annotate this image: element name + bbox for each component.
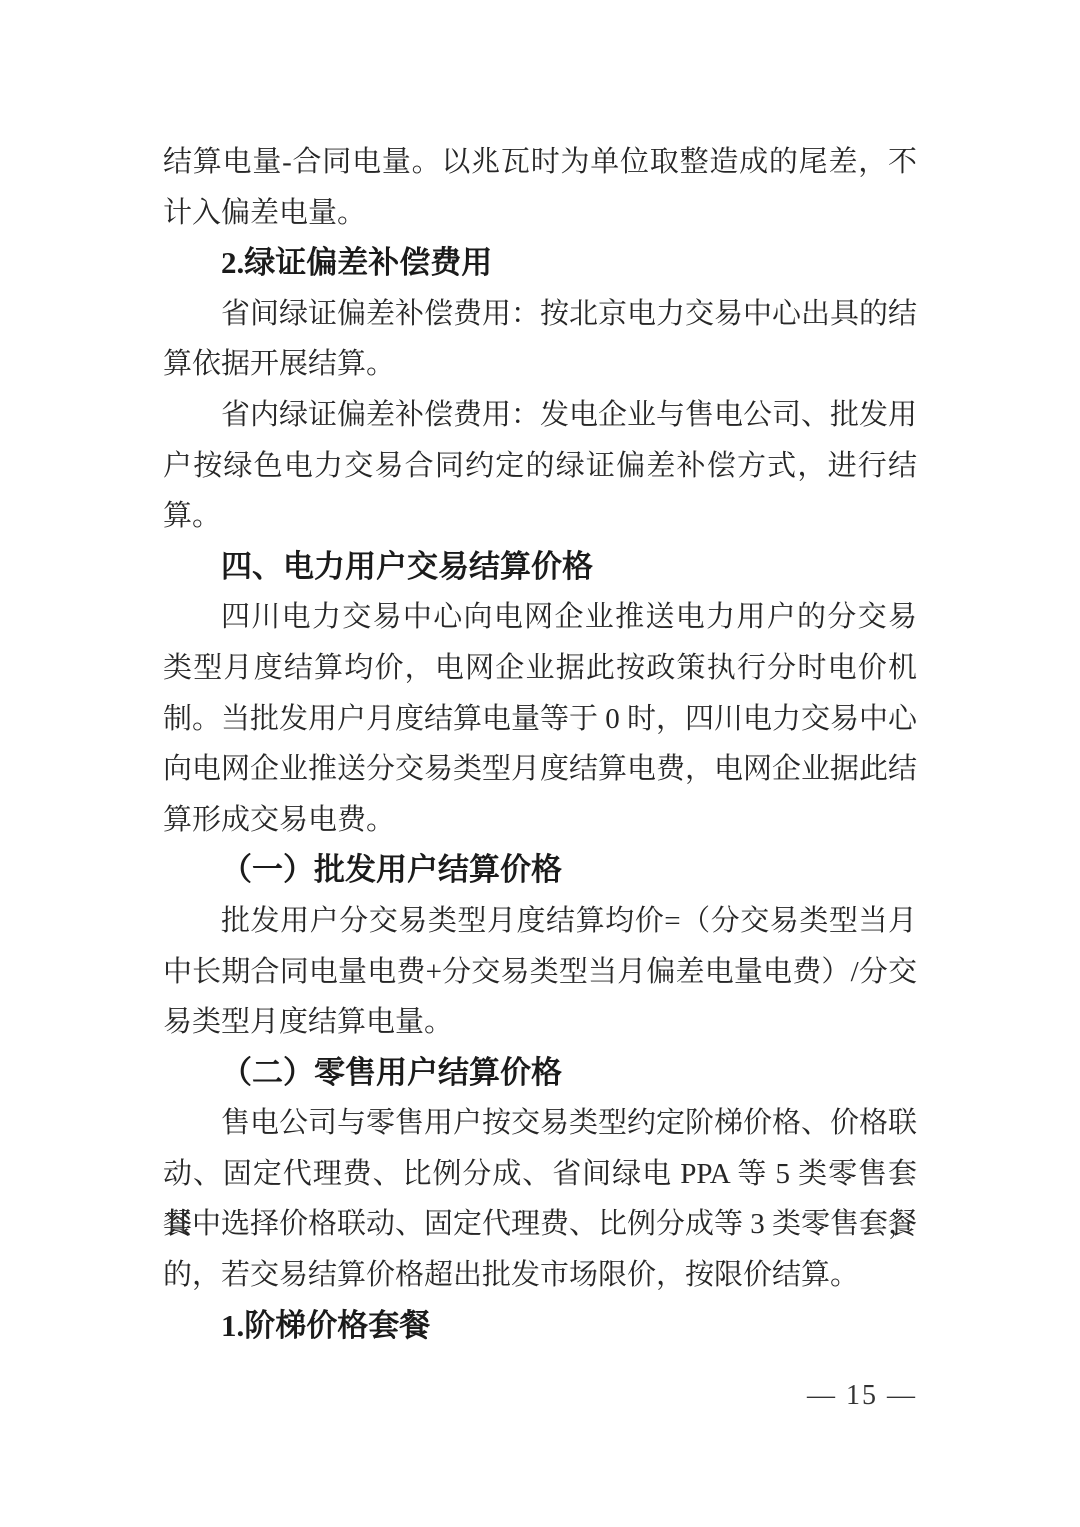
section-heading-green-cert-fee: 2.绿证偏差补偿费用 (163, 238, 917, 289)
text-line: 动、固定代理费、比例分成、省间绿电 PPA 等 5 类零售套餐， (163, 1149, 917, 1200)
text-line: 算。 (163, 491, 917, 542)
section-heading-retail-price: （二）零售用户结算价格 (163, 1048, 917, 1099)
text-line: 其中选择价格联动、固定代理费、比例分成等 3 类零售套餐 (163, 1199, 917, 1250)
text-line: 向电网企业推送分交易类型月度结算电费，电网企业据此结 (163, 744, 917, 795)
document-page: 结算电量-合同电量。以兆瓦时为单位取整造成的尾差，不 计入偏差电量。 2.绿证偏… (0, 0, 1080, 1527)
text-line: 类型月度结算均价，电网企业据此按政策执行分时电价机 (163, 643, 917, 694)
text-line: 省间绿证偏差补偿费用：按北京电力交易中心出具的结 (163, 289, 917, 340)
document-body: 结算电量-合同电量。以兆瓦时为单位取整造成的尾差，不 计入偏差电量。 2.绿证偏… (163, 137, 917, 1351)
page-number: — 15 — (807, 1378, 917, 1414)
text-line: 易类型月度结算电量。 (163, 997, 917, 1048)
text-line: 四川电力交易中心向电网企业推送电力用户的分交易 (163, 592, 917, 643)
section-heading-wholesale-price: （一）批发用户结算价格 (163, 845, 917, 896)
text-line: 结算电量-合同电量。以兆瓦时为单位取整造成的尾差，不 (163, 137, 917, 188)
text-line: 批发用户分交易类型月度结算均价=（分交易类型当月 (163, 896, 917, 947)
text-line: 省内绿证偏差补偿费用：发电企业与售电公司、批发用 (163, 390, 917, 441)
section-heading-tiered-price-package: 1.阶梯价格套餐 (163, 1301, 917, 1352)
text-line: 算形成交易电费。 (163, 795, 917, 846)
text-line: 户按绿色电力交易合同约定的绿证偏差补偿方式，进行结 (163, 441, 917, 492)
text-line: 计入偏差电量。 (163, 188, 917, 239)
text-line: 售电公司与零售用户按交易类型约定阶梯价格、价格联 (163, 1098, 917, 1149)
text-line: 制。当批发用户月度结算电量等于 0 时，四川电力交易中心 (163, 694, 917, 745)
text-line: 算依据开展结算。 (163, 339, 917, 390)
section-heading-user-settlement-price: 四、电力用户交易结算价格 (163, 542, 917, 593)
text-line: 的，若交易结算价格超出批发市场限价，按限价结算。 (163, 1250, 917, 1301)
text-line: 中长期合同电量电费+分交易类型当月偏差电量电费）/分交 (163, 947, 917, 998)
